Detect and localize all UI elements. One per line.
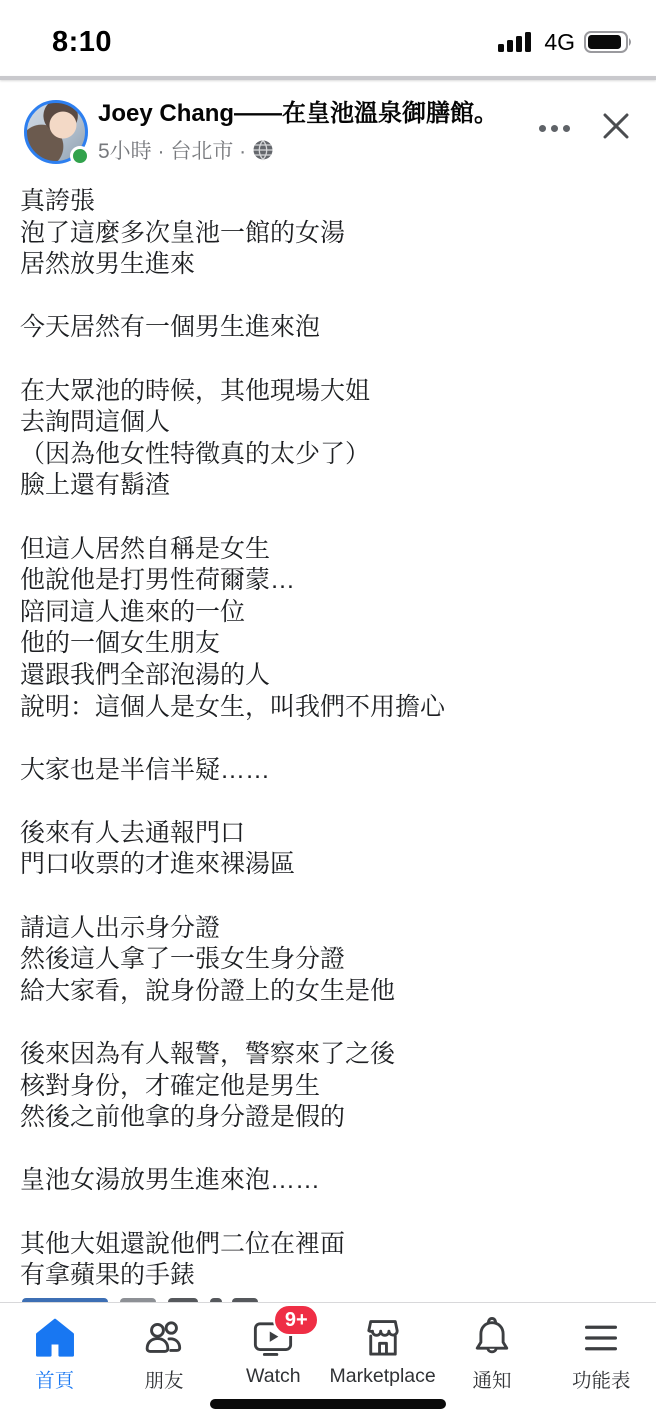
signal-strength-icon	[497, 29, 535, 55]
post-line: 後來有人去通報門口	[20, 818, 652, 850]
post-line: 請這人出示身分證	[20, 913, 652, 945]
post-line	[20, 502, 652, 534]
post-line: 皇池女湯放男生進來泡……	[20, 1165, 652, 1197]
clock: 8:10	[52, 26, 112, 59]
post-line: 但這人居然自稱是女生	[20, 534, 652, 566]
online-status-dot	[70, 146, 90, 166]
post-line	[20, 1197, 652, 1229]
tab-label: 朋友	[144, 1365, 183, 1393]
close-button[interactable]	[594, 104, 638, 148]
tab-menu[interactable]: 功能表	[547, 1303, 656, 1420]
post-line: 今天居然有一個男生進來泡	[20, 312, 652, 344]
post-line: 他說他是打男性荷爾蒙…	[20, 565, 652, 597]
post-line: 在大眾池的時候，其他現場大姐	[20, 376, 652, 408]
post-line	[20, 1007, 652, 1039]
post-line: 後來因為有人報警，警察來了之後	[20, 1039, 652, 1071]
tab-label: 首頁	[35, 1365, 74, 1393]
post-line: 核對身份，才確定他是男生	[20, 1071, 652, 1103]
home-icon	[31, 1314, 79, 1362]
post-line: 去詢問這個人	[20, 407, 652, 439]
post-body: 真誇張泡了這麼多次皇池一館的女湯居然放男生進來今天居然有一個男生進來泡在大眾池的…	[20, 186, 652, 1316]
bell-icon	[468, 1314, 516, 1362]
status-icons: 4G	[497, 29, 634, 56]
post-line	[20, 281, 652, 313]
post-line: 給大家看，說身份證上的女生是他	[20, 976, 652, 1008]
tab-notifications[interactable]: 通知	[437, 1303, 546, 1420]
post-line	[20, 1134, 652, 1166]
post-header-text: Joey Chang——在皇池溫泉御膳館。 5小時 · 台北市 ·	[98, 98, 512, 165]
facebook-mobile-screen: 8:10 4G Joey Chang——在皇池溫泉御膳館。 5小時 · 台北市 …	[0, 0, 656, 1420]
post-line: 說明：這個人是女生，叫我們不用擔心	[20, 692, 652, 724]
post-line: 門口收票的才進來裸湯區	[20, 849, 652, 881]
post-header: Joey Chang——在皇池溫泉御膳館。 5小時 · 台北市 ·	[24, 98, 632, 172]
post-line: 然後這人拿了一張女生身分證	[20, 944, 652, 976]
author-name[interactable]: Joey Chang	[98, 100, 234, 127]
battery-icon	[584, 30, 634, 54]
close-icon	[599, 109, 633, 143]
network-type-label: 4G	[544, 29, 575, 56]
tab-label: Watch	[246, 1365, 301, 1388]
post-line: 臉上還有鬍渣	[20, 470, 652, 502]
tab-label: 功能表	[572, 1365, 631, 1393]
tab-friends[interactable]: 朋友	[109, 1303, 218, 1420]
post-line	[20, 881, 652, 913]
home-indicator[interactable]	[210, 1399, 446, 1409]
post-line: 泡了這麼多次皇池一館的女湯	[20, 218, 652, 250]
tab-home[interactable]: 首頁	[0, 1303, 109, 1420]
post-line	[20, 723, 652, 755]
menu-icon	[577, 1314, 625, 1362]
status-bar: 8:10 4G	[0, 0, 656, 74]
friends-icon	[140, 1314, 188, 1362]
dot	[551, 125, 558, 132]
post-line: 然後之前他拿的身分證是假的	[20, 1102, 652, 1134]
post-title[interactable]: Joey Chang——在皇池溫泉御膳館。	[98, 98, 512, 130]
status-bar-divider	[0, 76, 656, 80]
post-text: 真誇張泡了這麼多次皇池一館的女湯居然放男生進來今天居然有一個男生進來泡在大眾池的…	[20, 186, 652, 1292]
post-line: 他的一個女生朋友	[20, 628, 652, 660]
post-line: 大家也是半信半疑……	[20, 755, 652, 787]
watch-notification-badge: 9+	[273, 1304, 319, 1336]
post-line	[20, 786, 652, 818]
post-line: （因為他女性特徵真的太少了）	[20, 439, 652, 471]
marketplace-icon	[359, 1314, 407, 1362]
more-options-button[interactable]	[528, 112, 580, 144]
tab-label: Marketplace	[330, 1365, 436, 1388]
post-meta: 5小時 · 台北市 ·	[98, 135, 512, 165]
watch-icon: 9+	[249, 1314, 297, 1362]
post-line: 其他大姐還說他們二位在裡面	[20, 1229, 652, 1261]
dot	[563, 125, 570, 132]
location-context[interactable]: ——在皇池溫泉御膳館。	[234, 100, 498, 127]
post-line: 還跟我們全部泡湯的人	[20, 660, 652, 692]
post-line: 有拿蘋果的手錶	[20, 1260, 652, 1292]
post-line: 陪同這人進來的一位	[20, 597, 652, 629]
post-line	[20, 344, 652, 376]
post-line: 居然放男生進來	[20, 249, 652, 281]
tab-label: 通知	[472, 1365, 511, 1393]
globe-privacy-icon	[252, 139, 274, 161]
post-meta-text: 5小時 · 台北市 ·	[98, 135, 246, 165]
dot	[539, 125, 546, 132]
post-line: 真誇張	[20, 186, 652, 218]
